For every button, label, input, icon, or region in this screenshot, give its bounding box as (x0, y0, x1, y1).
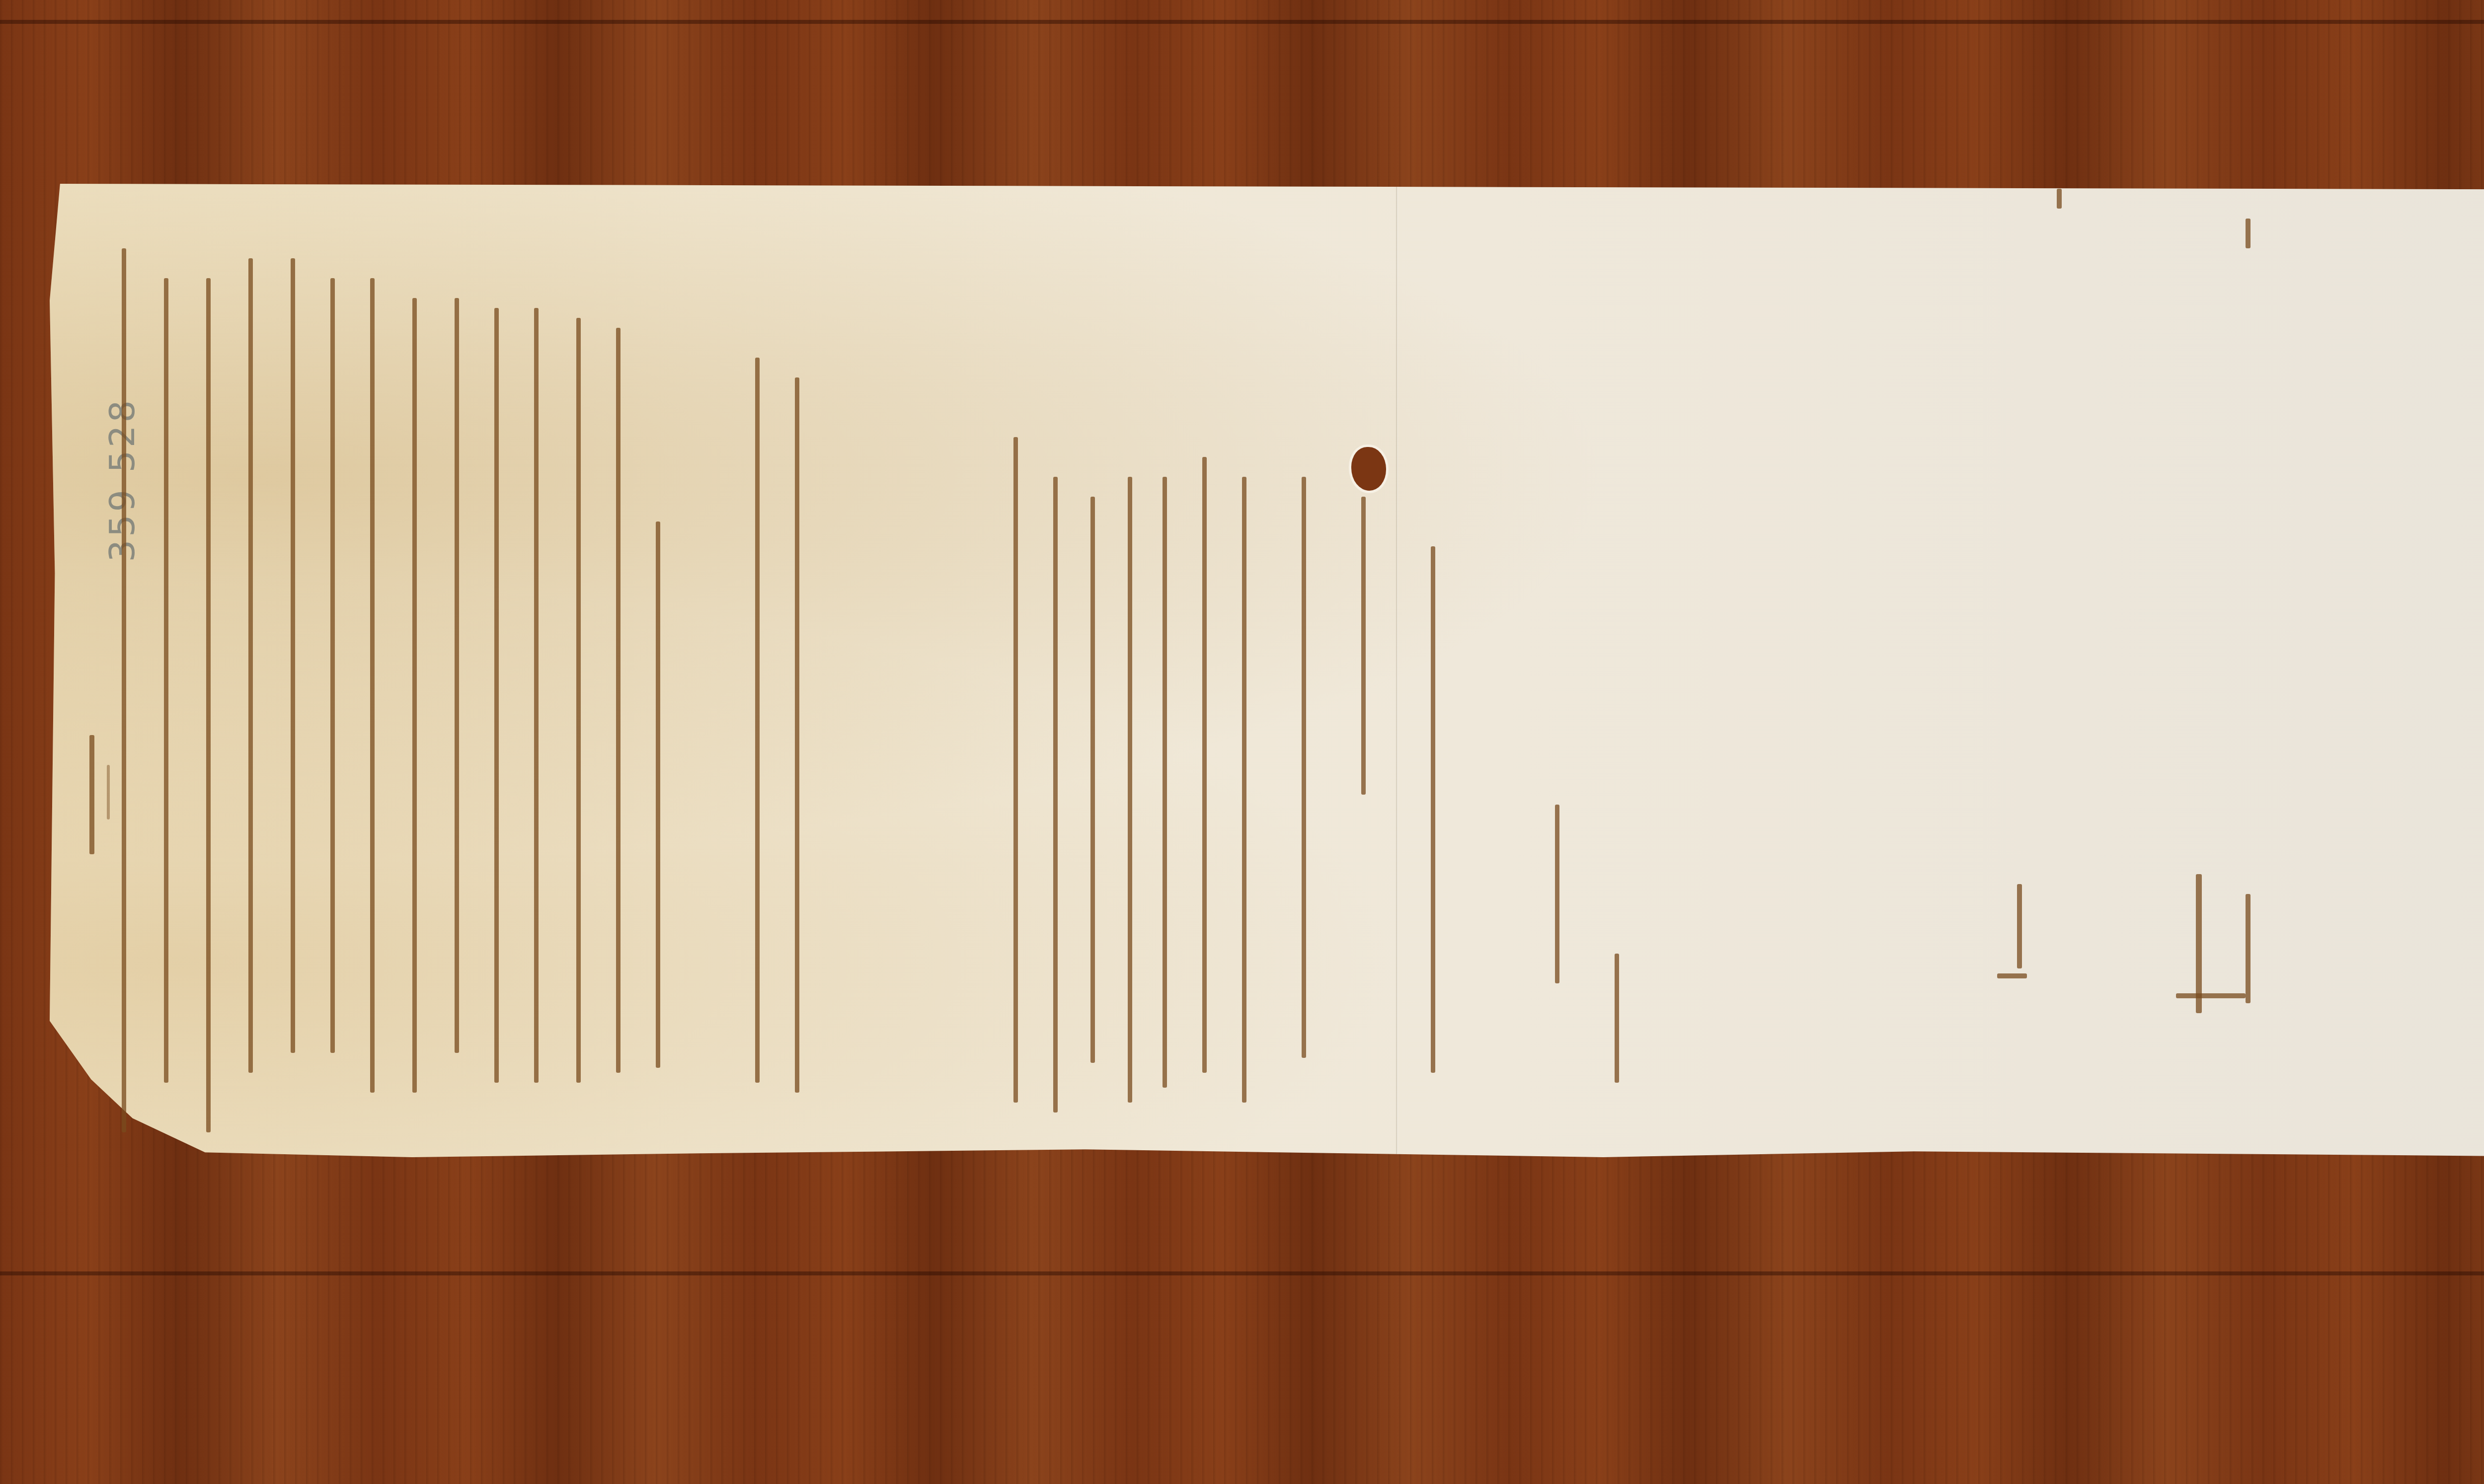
board-seam (0, 1271, 2484, 1275)
paper-hole (1351, 447, 1386, 491)
board-seam (0, 20, 2484, 24)
fold-crease (1396, 184, 1398, 1157)
